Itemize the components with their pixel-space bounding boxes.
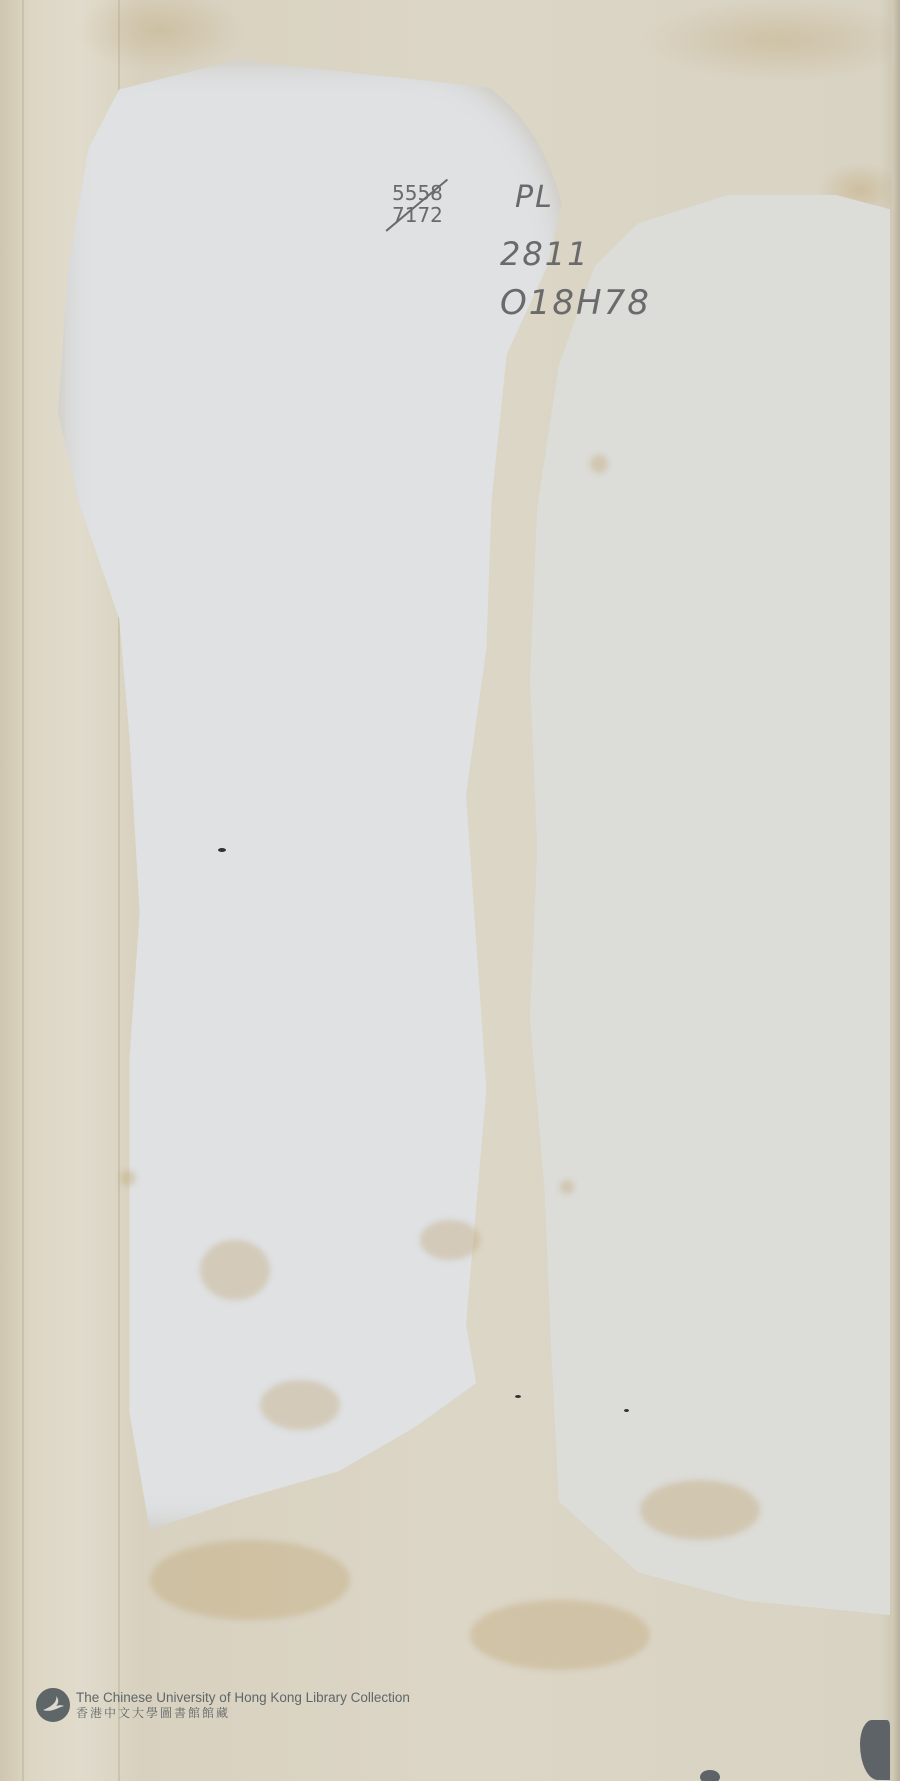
fraction-numerator: 5558	[392, 182, 443, 204]
fold-line	[22, 0, 24, 1781]
page-edge	[892, 0, 900, 1781]
accession-fraction: 5558 7172	[392, 182, 443, 226]
call-number-class: PL	[515, 180, 554, 215]
clean-paper-region-left	[58, 60, 568, 1530]
call-number-number: 2811	[500, 235, 589, 273]
foxing-stain	[120, 1170, 136, 1186]
ink-speck	[515, 1395, 521, 1398]
foxing-stain	[640, 1480, 760, 1540]
foxing-stain	[470, 1600, 650, 1670]
page-tear	[860, 1720, 890, 1780]
fraction-denominator: 7172	[392, 204, 443, 226]
call-number-cutter: O18H78	[500, 283, 651, 323]
clean-paper-region-right	[530, 195, 890, 1615]
ink-speck	[218, 848, 226, 852]
foxing-stain	[590, 455, 608, 473]
watermark-english: The Chinese University of Hong Kong Libr…	[76, 1690, 410, 1706]
foxing-stain	[150, 1540, 350, 1620]
foxing-stain	[420, 1220, 480, 1260]
scanned-page: 5558 7172 PL 2811 O18H78 The Chinese Uni…	[0, 0, 900, 1781]
library-watermark: The Chinese University of Hong Kong Libr…	[36, 1688, 410, 1722]
foxing-stain	[200, 1240, 270, 1300]
ink-speck	[700, 1770, 720, 1781]
foxing-stain	[260, 1380, 340, 1430]
foxing-stain	[560, 1180, 574, 1194]
ink-speck	[624, 1409, 629, 1412]
swallow-bird-icon	[36, 1688, 70, 1722]
watermark-chinese: 香港中文大學圖書館館藏	[76, 1706, 410, 1720]
